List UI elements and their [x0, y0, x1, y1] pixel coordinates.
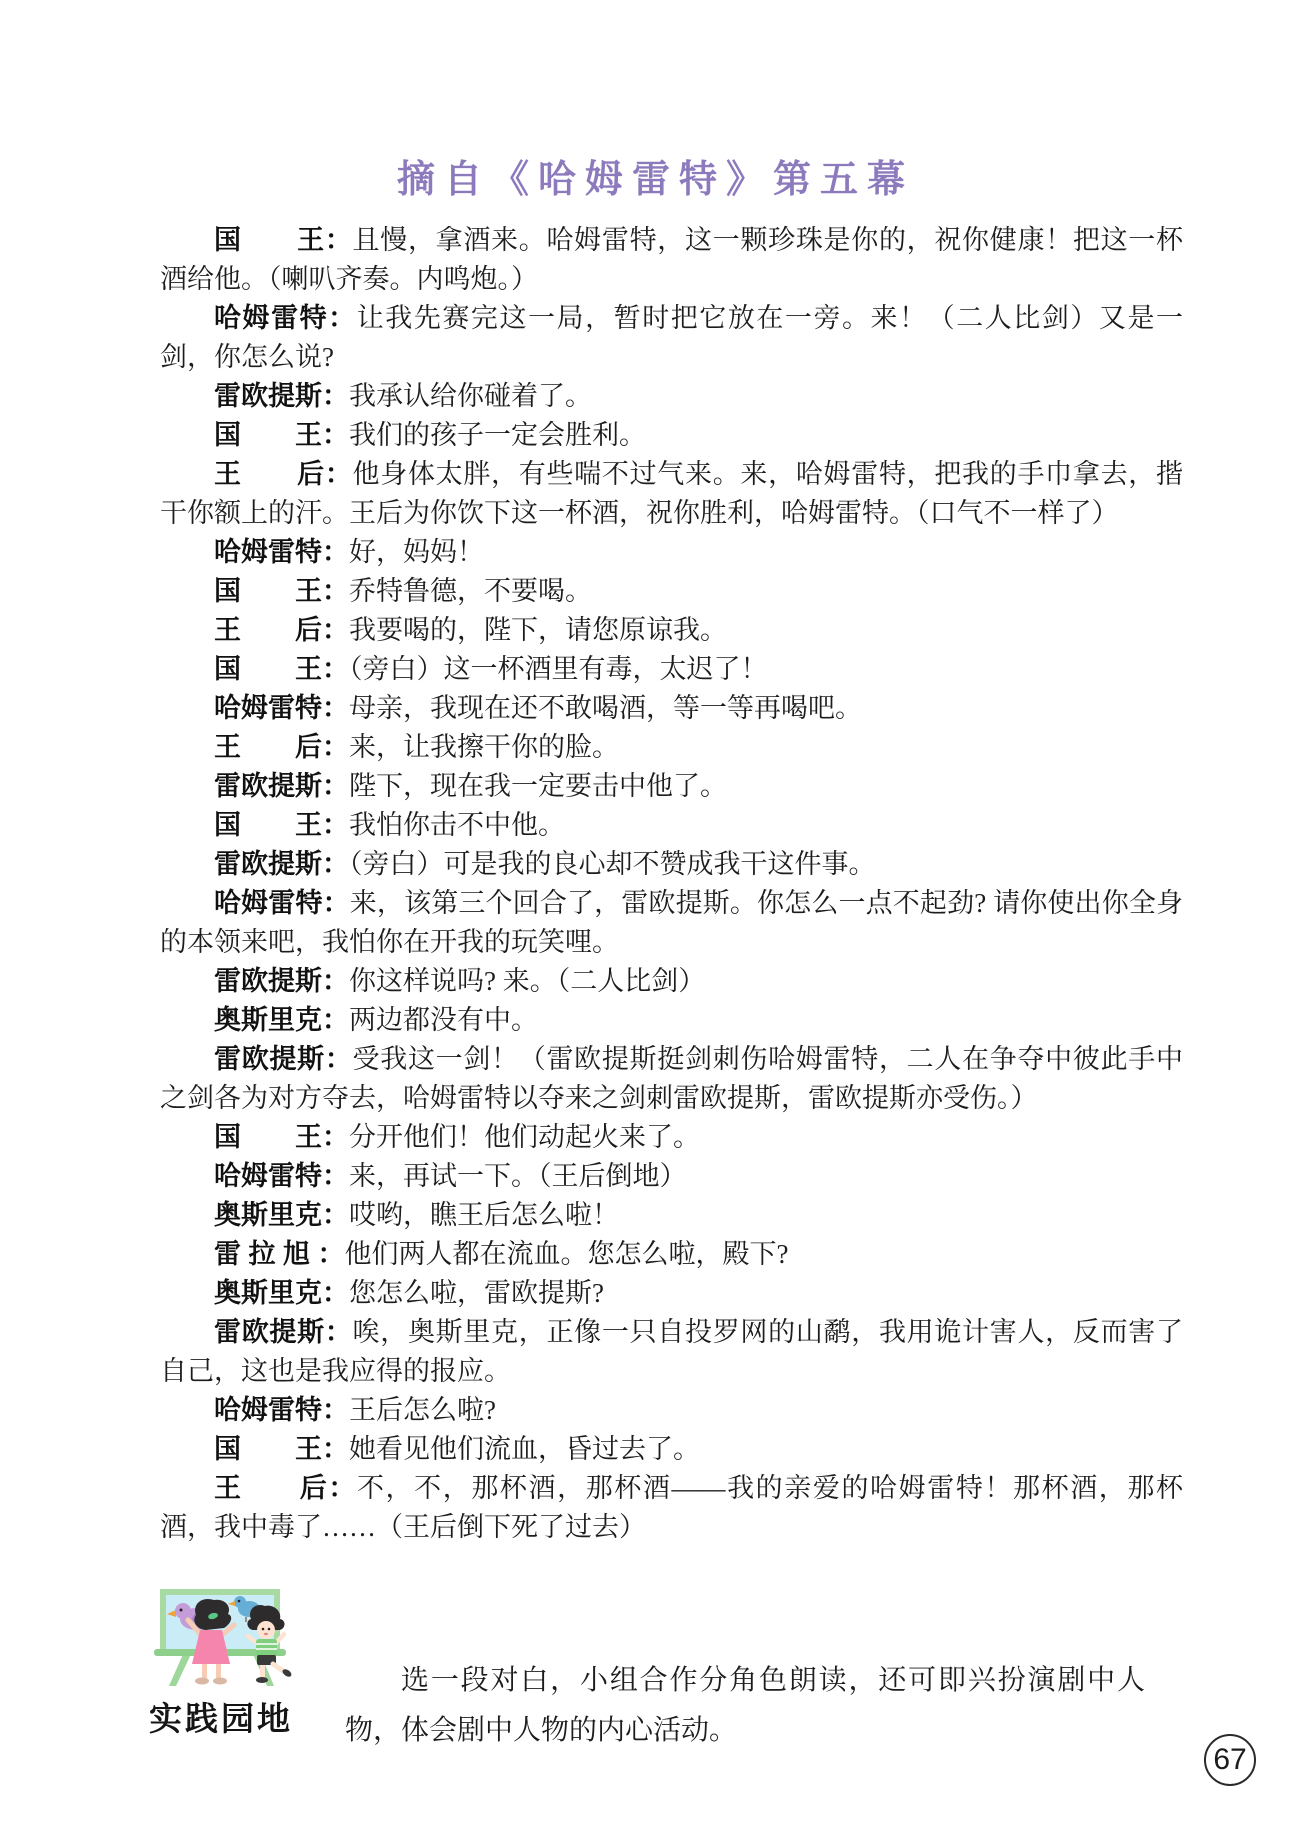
- speaker-name: 哈姆雷特：: [214, 888, 350, 918]
- dialogue-paragraph: 哈姆雷特：来，再试一下。（王后倒地）: [160, 1157, 1183, 1196]
- speaker-name: 国 王：: [214, 1434, 349, 1464]
- dialogue-line: 陛下，现在我一定要击中他了。: [349, 771, 727, 801]
- dialogue-paragraph: 王 后：不，不，那杯酒，那杯酒——我的亲爱的哈姆雷特！那杯酒，那杯酒，我中毒了……: [160, 1469, 1183, 1547]
- speaker-name: 哈姆雷特：: [214, 303, 357, 333]
- speaker-name: 雷欧提斯：: [214, 849, 349, 879]
- speaker-name: 哈姆雷特：: [214, 1395, 349, 1425]
- practice-text: 选一段对白，小组合作分角色朗读，还可即兴扮演剧中人物，体会剧中人物的内心活动。: [345, 1656, 1145, 1756]
- dialogue-line: 两边都没有中。: [349, 1005, 538, 1035]
- speaker-name: 哈姆雷特：: [214, 693, 349, 723]
- page-number: 67: [1213, 1743, 1246, 1777]
- textbook-page: 摘自《哈姆雷特》第五幕 国 王：且慢，拿酒来。哈姆雷特，这一颗珍珠是你的，祝你健…: [0, 0, 1311, 1842]
- speaker-name: 国 王：: [214, 810, 349, 840]
- dialogue-paragraph: 哈姆雷特：王后怎么啦?: [160, 1391, 1183, 1430]
- dialogue-paragraph: 奥斯里克：您怎么啦，雷欧提斯?: [160, 1274, 1183, 1313]
- dialogue-paragraph: 雷欧提斯：受我这一剑！（雷欧提斯挺剑刺伤哈姆雷特，二人在争夺中彼此手中之剑各为对…: [160, 1040, 1183, 1118]
- dialogue-paragraph: 王 后：他身体太胖，有些喘不过气来。来，哈姆雷特，把我的手巾拿去，揩干你额上的汗…: [160, 455, 1183, 533]
- dialogue-line: 她看见他们流血，昏过去了。: [349, 1434, 700, 1464]
- dialogue-line: 我们的孩子一定会胜利。: [349, 420, 646, 450]
- dialogue-paragraph: 国 王：且慢，拿酒来。哈姆雷特，这一颗珍珠是你的，祝你健康！把这一杯酒给他。（喇…: [160, 221, 1183, 299]
- dialogue-paragraph: 国 王：分开他们！他们动起火来了。: [160, 1118, 1183, 1157]
- dialogue-paragraph: 雷欧提斯：陛下，现在我一定要击中他了。: [160, 767, 1183, 806]
- dialogue-paragraph: 雷欧提斯：我承认给你碰着了。: [160, 377, 1183, 416]
- speaker-name: 王 后：: [214, 459, 353, 489]
- speaker-name: 哈姆雷特：: [214, 1161, 349, 1191]
- dialogue-paragraph: 哈姆雷特：母亲，我现在还不敢喝酒，等一等再喝吧。: [160, 689, 1183, 728]
- speaker-name: 雷欧提斯：: [214, 1044, 353, 1074]
- dialogue-paragraph: 雷欧提斯：唉，奥斯里克，正像一只自投罗网的山鹬，我用诡计害人，反而害了自己，这也…: [160, 1313, 1183, 1391]
- speaker-name: 国 王：: [214, 420, 349, 450]
- dialogue-line: 您怎么啦，雷欧提斯?: [349, 1278, 604, 1308]
- dialogue-line: 来，再试一下。（王后倒地）: [349, 1161, 687, 1191]
- dialogue-line: 你这样说吗? 来。（二人比剑）: [349, 966, 705, 996]
- dialogue-line: 他们两人都在流血。您怎么啦，殿下?: [345, 1239, 789, 1269]
- speaker-name: 王 后：: [214, 1473, 357, 1503]
- speaker-name: 王 后：: [214, 732, 349, 762]
- dialogue-paragraph: 国 王：我们的孩子一定会胜利。: [160, 416, 1183, 455]
- dialogue-paragraph: 奥斯里克：哎哟，瞧王后怎么啦！: [160, 1196, 1183, 1235]
- speaker-name: 国 王：: [214, 225, 353, 255]
- dialogue-paragraph: 奥斯里克：两边都没有中。: [160, 1001, 1183, 1040]
- dialogue-paragraph: 哈姆雷特：让我先赛完这一局，暂时把它放在一旁。来！（二人比剑）又是一剑，你怎么说…: [160, 299, 1183, 377]
- dialogue-list: 国 王：且慢，拿酒来。哈姆雷特，这一颗珍珠是你的，祝你健康！把这一杯酒给他。（喇…: [160, 221, 1183, 1547]
- dialogue-line: 来，让我擦干你的脸。: [349, 732, 619, 762]
- speaker-name: 雷欧提斯：: [214, 381, 349, 411]
- dialogue-line: 我要喝的，陛下，请您原谅我。: [349, 615, 727, 645]
- dialogue-paragraph: 雷欧提斯：你这样说吗? 来。（二人比剑）: [160, 962, 1183, 1001]
- dialogue-paragraph: 国 王：（旁白）这一杯酒里有毒，太迟了！: [160, 650, 1183, 689]
- speaker-name: 哈姆雷特：: [214, 537, 349, 567]
- dialogue-paragraph: 王 后：我要喝的，陛下，请您原谅我。: [160, 611, 1183, 650]
- speaker-name: 雷欧提斯：: [214, 771, 349, 801]
- dialogue-line: 我承认给你碰着了。: [349, 381, 592, 411]
- dialogue-line: 乔特鲁德，不要喝。: [349, 576, 592, 606]
- speaker-name: 奥斯里克：: [214, 1278, 349, 1308]
- dialogue-line: 好，妈妈！: [349, 537, 484, 567]
- speaker-name: 雷 拉 旭 ：: [214, 1239, 345, 1269]
- speaker-name: 国 王：: [214, 1122, 349, 1152]
- dialogue-paragraph: 王 后：来，让我擦干你的脸。: [160, 728, 1183, 767]
- speaker-name: 奥斯里克：: [214, 1200, 349, 1230]
- speaker-name: 雷欧提斯：: [214, 1317, 353, 1347]
- practice-label: 实践园地: [128, 1693, 314, 1740]
- speaker-name: 王 后：: [214, 615, 349, 645]
- speaker-name: 雷欧提斯：: [214, 966, 349, 996]
- dialogue-line: （旁白）这一杯酒里有毒，太迟了！: [349, 654, 768, 684]
- dialogue-paragraph: 雷欧提斯：（旁白）可是我的良心却不赞成我干这件事。: [160, 845, 1183, 884]
- practice-section: 实践园地 选一段对白，小组合作分角色朗读，还可即兴扮演剧中人物，体会剧中人物的内…: [0, 1560, 1311, 1842]
- dialogue-paragraph: 国 王：她看见他们流血，昏过去了。: [160, 1430, 1183, 1469]
- dialogue-line: 母亲，我现在还不敢喝酒，等一等再喝吧。: [349, 693, 862, 723]
- dialogue-line: 我怕你击不中他。: [349, 810, 565, 840]
- speaker-name: 国 王：: [214, 576, 349, 606]
- dialogue-paragraph: 国 王：乔特鲁德，不要喝。: [160, 572, 1183, 611]
- dialogue-line: 王后怎么啦?: [349, 1395, 496, 1425]
- dialogue-line: 分开他们！他们动起火来了。: [349, 1122, 700, 1152]
- kids-at-easel-illustration: [131, 1588, 311, 1688]
- dialogue-line: 哎哟，瞧王后怎么啦！: [349, 1200, 619, 1230]
- dialogue-paragraph: 雷 拉 旭 ：他们两人都在流血。您怎么啦，殿下?: [160, 1235, 1183, 1274]
- page-number-badge: 67: [1204, 1734, 1256, 1786]
- practice-illustration: 实践园地: [128, 1588, 314, 1740]
- dialogue-paragraph: 国 王：我怕你击不中他。: [160, 806, 1183, 845]
- speaker-name: 奥斯里克：: [214, 1005, 349, 1035]
- dialogue-paragraph: 哈姆雷特：来，该第三个回合了，雷欧提斯。你怎么一点不起劲? 请你使出你全身的本领…: [160, 884, 1183, 962]
- speaker-name: 国 王：: [214, 654, 349, 684]
- dialogue-paragraph: 哈姆雷特：好，妈妈！: [160, 533, 1183, 572]
- easel-leg-left: [169, 1652, 192, 1686]
- page-title: 摘自《哈姆雷特》第五幕: [0, 148, 1311, 203]
- dialogue-line: （旁白）可是我的良心却不赞成我干这件事。: [349, 849, 876, 879]
